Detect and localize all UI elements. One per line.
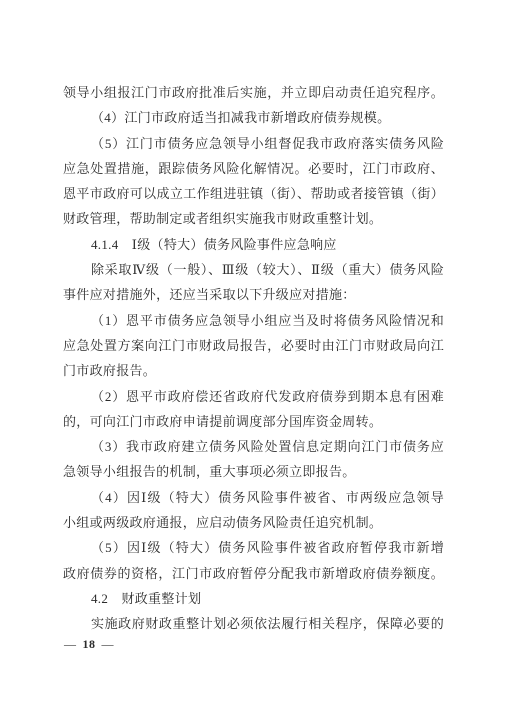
- body-line: 除采取Ⅳ级（一般）、Ⅲ级（较大）、Ⅱ级（重大）债务风险: [63, 257, 444, 282]
- heading-4-2: 4.2 财政重整计划: [63, 586, 444, 611]
- document-page: 领导小组报江门市政府批准后实施，并立即启动责任追究程序。 （4）江门市政府适当扣…: [0, 0, 506, 718]
- body-line: 事件应对措施外，还应当采取以下升级应对措施：: [63, 282, 444, 307]
- page-number: 18: [77, 637, 102, 651]
- body-line: 的，可向江门市政府申请提前调度部分国库资金周转。: [63, 409, 444, 434]
- page-footer: —18—: [64, 637, 114, 652]
- body-line: （2）恩平市政府偿还省政府代发政府债券到期本息有困难: [63, 384, 444, 409]
- body-line: 政府债券的资格，江门市政府暂停分配我市新增政府债券额度。: [63, 561, 444, 586]
- body-line: 领导小组报江门市政府批准后实施，并立即启动责任追究程序。: [63, 80, 444, 105]
- body-line: 实施政府财政重整计划必须依法履行相关程序，保障必要的: [63, 611, 444, 636]
- body-line: 门市政府报告。: [63, 358, 444, 383]
- body-line: （4）江门市政府适当扣减我市新增政府债券规模。: [63, 105, 444, 130]
- body-line: 财政管理，帮助制定或者组织实施我市财政重整计划。: [63, 206, 444, 231]
- body-line: （3）我市政府建立债务风险处置信息定期向江门市债务应: [63, 434, 444, 459]
- heading-4-1-4: 4.1.4 Ⅰ级（特大）债务风险事件应急响应: [63, 232, 444, 257]
- body-line: 恩平市政府可以成立工作组进驻镇（街）、帮助或者接管镇（街）: [63, 181, 444, 206]
- body-line: 应急处置措施，跟踪债务风险化解情况。必要时，江门市政府、: [63, 156, 444, 181]
- body-line: （5）江门市债务应急领导小组督促我市政府落实债务风险: [63, 131, 444, 156]
- body-line: （5）因Ⅰ级（特大）债务风险事件被省政府暂停我市新增: [63, 535, 444, 560]
- body-line: （4）因Ⅰ级（特大）债务风险事件被省、市两级应急领导: [63, 485, 444, 510]
- footer-dash-left: —: [64, 637, 77, 651]
- footer-dash-right: —: [102, 637, 115, 651]
- text-block: 领导小组报江门市政府批准后实施，并立即启动责任追究程序。 （4）江门市政府适当扣…: [63, 80, 444, 637]
- body-line: 小组或两级政府通报，应启动债务风险责任追究机制。: [63, 510, 444, 535]
- body-line: 急领导小组报告的机制，重大事项必须立即报告。: [63, 459, 444, 484]
- body-line: 应急处置方案向江门市财政局报告，必要时由江门市财政局向江: [63, 333, 444, 358]
- body-line: （1）恩平市债务应急领导小组应当及时将债务风险情况和: [63, 308, 444, 333]
